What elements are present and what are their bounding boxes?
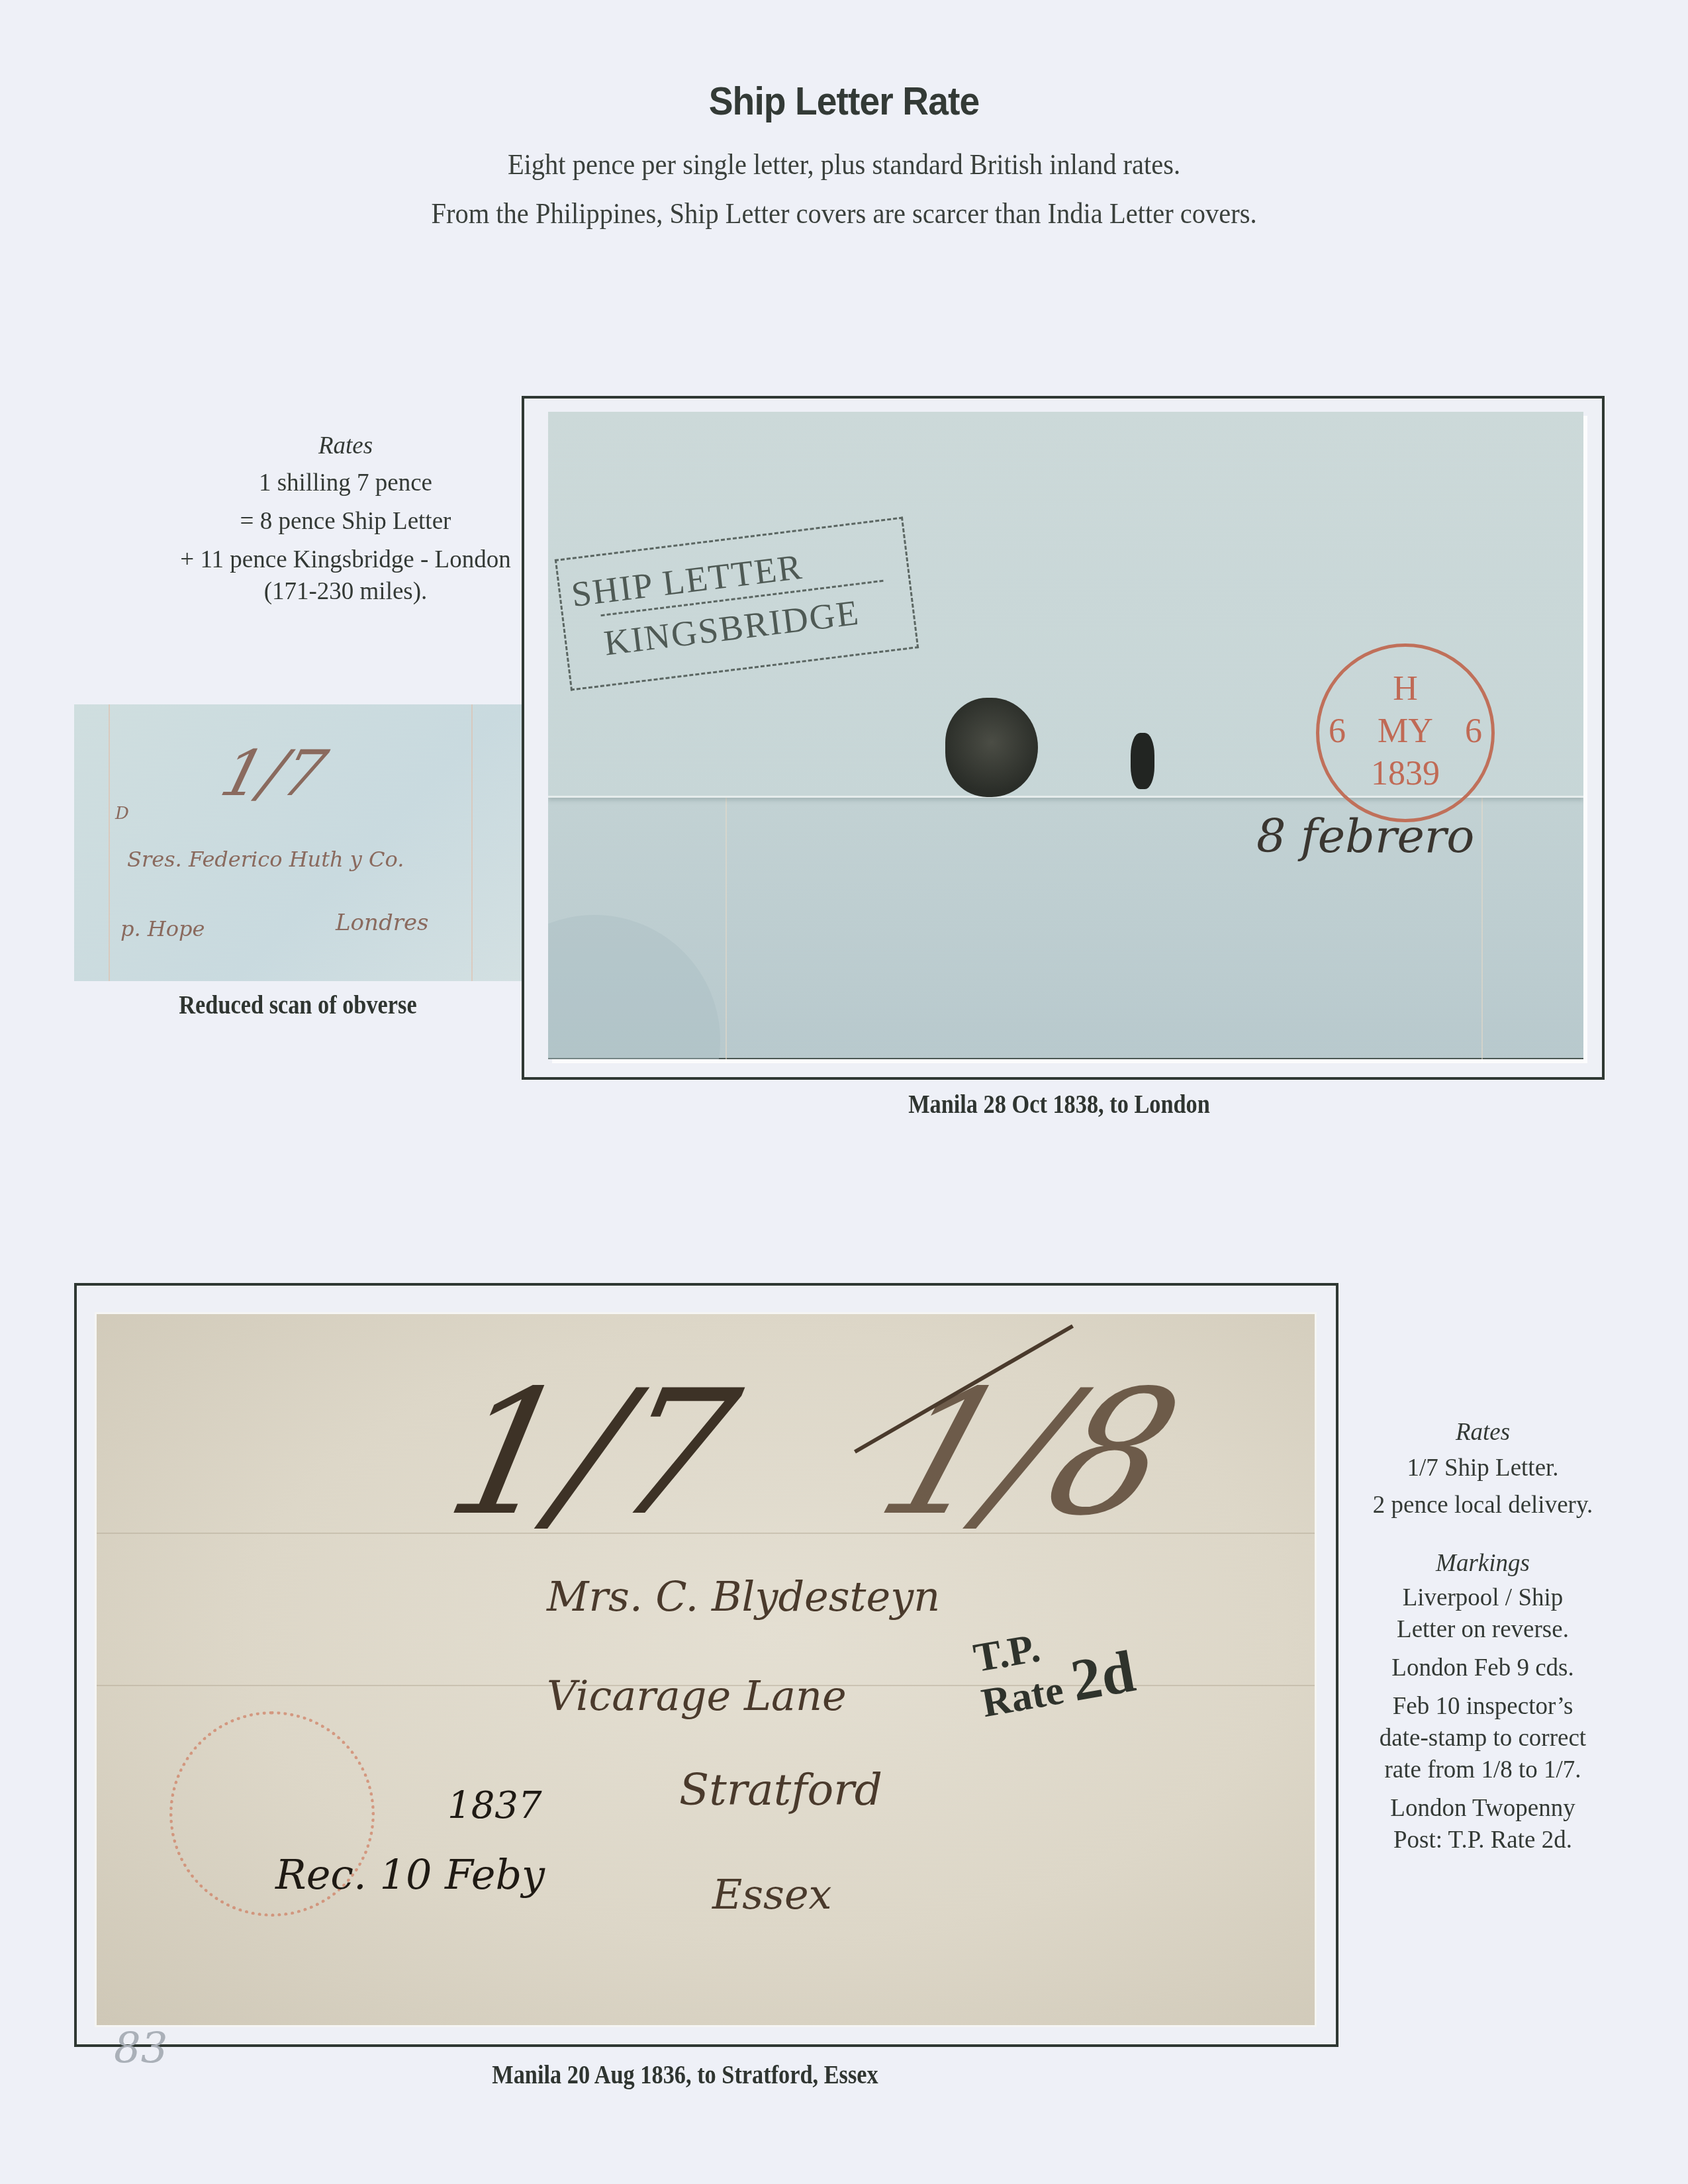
address-line-3: Stratford: [679, 1764, 882, 1815]
obverse-rate: 1/7: [213, 737, 334, 810]
address-line-1: Mrs. C. Blydesteyn: [547, 1572, 940, 1621]
page-number-pencil: 83: [114, 2024, 167, 2073]
exhibit1-caption: Manila 28 Oct 1838, to London: [826, 1090, 1292, 1119]
obverse-scan-image: D 1/7 Sres. Federico Huth y Co. p. Hope …: [74, 704, 522, 981]
address-line-4: Essex: [712, 1870, 832, 1919]
rates-line: 2 pence local delivery.: [1344, 1490, 1622, 1521]
exhibit2-caption: Manila 20 Aug 1836, to Stratford, Essex: [408, 2060, 962, 2090]
cover-1-reverse-image: SHIP LETTER KINGSBRIDGE H 6 MY 6 1839 8 …: [548, 412, 1583, 1059]
obverse-address-3: Londres: [336, 910, 429, 936]
exhibit2-rates-note: Rates 1/7 Ship Letter. 2 pence local del…: [1344, 1417, 1622, 1521]
received-note: Rec. 10 Feby: [275, 1850, 545, 1899]
rates-line: 1/7 Ship Letter.: [1344, 1452, 1622, 1484]
obverse-caption: Reduced scan of obverse: [101, 990, 495, 1020]
rates-line: 1 shilling 7 pence: [173, 467, 518, 499]
markings-group: London Feb 9 cds.: [1344, 1652, 1622, 1684]
received-year: 1837: [447, 1784, 542, 1827]
obverse-address-2: p. Hope: [120, 916, 205, 941]
markings-group: London Twopenny Post: T.P. Rate 2d.: [1344, 1793, 1622, 1856]
cover1-handwriting: 8 febrero: [1256, 809, 1474, 863]
exhibit1-rates-note: Rates 1 shilling 7 pence = 8 pence Ship …: [173, 430, 518, 608]
rates-line: + 11 pence Kingsbridge - London: [173, 544, 518, 576]
rates-line: = 8 pence Ship Letter: [173, 506, 518, 538]
subtitle-line-1: Eight pence per single letter, plus stan…: [85, 147, 1604, 181]
rates-heading: Rates: [173, 430, 518, 462]
rates-heading: Rates: [1344, 1417, 1622, 1448]
page-title: Ship Letter Rate: [68, 78, 1620, 124]
markings-heading: Markings: [1344, 1548, 1622, 1580]
cover-2-obverse-image: 1/7 1/8 Mrs. C. Blydesteyn Vicarage Lane…: [97, 1314, 1315, 2025]
subtitle-line-2: From the Philippines, Ship Letter covers…: [85, 196, 1604, 230]
tp-rate-handstamp: T.P. Rate 2d: [971, 1613, 1139, 1724]
crossed-rate: 1/8: [859, 1354, 1201, 1554]
address-line-2: Vicarage Lane: [547, 1672, 847, 1720]
exhibit2-markings-note: Markings Liverpool / Ship Letter on reve…: [1344, 1548, 1622, 1856]
obverse-corner-mark: D: [115, 804, 129, 824]
rates-line: (171-230 miles).: [173, 576, 518, 608]
markings-group: Feb 10 inspector’s date-stamp to correct…: [1344, 1691, 1622, 1786]
wax-seal: [945, 698, 1038, 797]
london-datestamp: H 6 MY 6 1839: [1316, 643, 1495, 822]
obverse-address-1: Sres. Federico Huth y Co.: [127, 847, 404, 872]
manuscript-rate: 1/7: [433, 1354, 753, 1554]
markings-group: Liverpool / Ship Letter on reverse.: [1344, 1582, 1622, 1646]
